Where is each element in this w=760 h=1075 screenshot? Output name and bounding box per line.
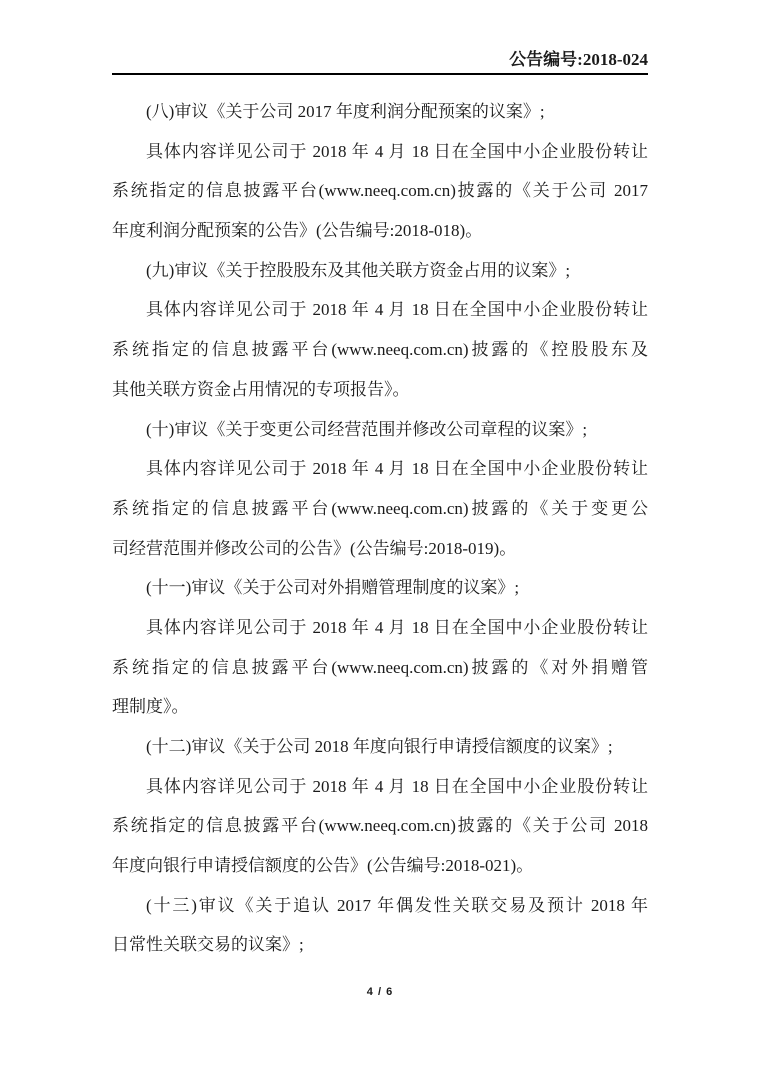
document-page: 公告编号:2018-024 (八)审议《关于公司 2017 年度利润分配预案的议… [0, 0, 760, 1075]
paragraph-line: 系统指定的信息披露平台(www.neeq.com.cn)披露的《关于变更公 [112, 489, 648, 529]
paragraph-line: 年度利润分配预案的公告》(公告编号:2018-018)。 [112, 211, 648, 251]
paragraph: (八)审议《关于公司 2017 年度利润分配预案的议案》; [112, 92, 648, 132]
paragraph-line: 系统指定的信息披露平台(www.neeq.com.cn)披露的《对外捐赠管 [112, 648, 648, 688]
paragraph: (十二)审议《关于公司 2018 年度向银行申请授信额度的议案》; [112, 727, 648, 767]
paragraph: 具体内容详见公司于 2018 年 4 月 18 日在全国中小企业股份转让系统指定… [112, 132, 648, 251]
paragraph: 具体内容详见公司于 2018 年 4 月 18 日在全国中小企业股份转让系统指定… [112, 767, 648, 886]
paragraph-line: (十三)审议《关于追认 2017 年偶发性关联交易及预计 2018 年 [112, 886, 648, 926]
paragraph: (十)审议《关于变更公司经营范围并修改公司章程的议案》; [112, 410, 648, 450]
paragraph-line: (八)审议《关于公司 2017 年度利润分配预案的议案》; [112, 92, 648, 132]
paragraph-line: 具体内容详见公司于 2018 年 4 月 18 日在全国中小企业股份转让 [112, 767, 648, 807]
paragraph-line: 日常性关联交易的议案》; [112, 925, 648, 965]
paragraph: (十一)审议《关于公司对外捐赠管理制度的议案》; [112, 568, 648, 608]
paragraph: (九)审议《关于控股股东及其他关联方资金占用的议案》; [112, 251, 648, 291]
paragraph-line: (十二)审议《关于公司 2018 年度向银行申请授信额度的议案》; [112, 727, 648, 767]
paragraph: 具体内容详见公司于 2018 年 4 月 18 日在全国中小企业股份转让系统指定… [112, 290, 648, 409]
paragraph-line: 理制度》。 [112, 687, 648, 727]
paragraph-line: 系统指定的信息披露平台(www.neeq.com.cn)披露的《关于公司 201… [112, 171, 648, 211]
paragraph-line: 年度向银行申请授信额度的公告》(公告编号:2018-021)。 [112, 846, 648, 886]
paragraph-line: 其他关联方资金占用情况的专项报告》。 [112, 370, 648, 410]
paragraph-line: (十一)审议《关于公司对外捐赠管理制度的议案》; [112, 568, 648, 608]
paragraph-line: 具体内容详见公司于 2018 年 4 月 18 日在全国中小企业股份转让 [112, 608, 648, 648]
header-divider [112, 73, 648, 75]
paragraph: 具体内容详见公司于 2018 年 4 月 18 日在全国中小企业股份转让系统指定… [112, 608, 648, 727]
paragraph-line: 具体内容详见公司于 2018 年 4 月 18 日在全国中小企业股份转让 [112, 132, 648, 172]
page-number: 4 / 6 [367, 986, 393, 998]
paragraph-line: 系统指定的信息披露平台(www.neeq.com.cn)披露的《关于公司 201… [112, 806, 648, 846]
paragraph-line: 系统指定的信息披露平台(www.neeq.com.cn)披露的《控股股东及 [112, 330, 648, 370]
paragraph-line: (九)审议《关于控股股东及其他关联方资金占用的议案》; [112, 251, 648, 291]
paragraph-line: 具体内容详见公司于 2018 年 4 月 18 日在全国中小企业股份转让 [112, 449, 648, 489]
paragraph: 具体内容详见公司于 2018 年 4 月 18 日在全国中小企业股份转让系统指定… [112, 449, 648, 568]
paragraph: (十三)审议《关于追认 2017 年偶发性关联交易及预计 2018 年日常性关联… [112, 886, 648, 965]
paragraph-line: (十)审议《关于变更公司经营范围并修改公司章程的议案》; [112, 410, 648, 450]
page-footer: 4 / 6 [0, 986, 760, 998]
announcement-number: 公告编号:2018-024 [112, 49, 648, 71]
document-body: (八)审议《关于公司 2017 年度利润分配预案的议案》;具体内容详见公司于 2… [112, 92, 648, 965]
paragraph-line: 司经营范围并修改公司的公告》(公告编号:2018-019)。 [112, 529, 648, 569]
paragraph-line: 具体内容详见公司于 2018 年 4 月 18 日在全国中小企业股份转让 [112, 290, 648, 330]
